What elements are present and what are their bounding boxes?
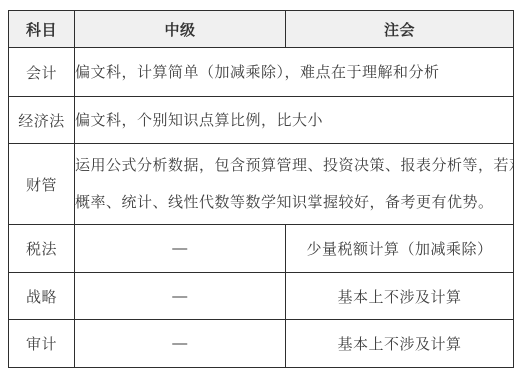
- subject-label-jingjifa: 经济法: [9, 97, 75, 144]
- subject-label-zhanlve: 战略: [9, 273, 75, 320]
- zhuhui-cell-zhanlve: 基本上不涉及计算: [286, 273, 514, 320]
- description-cell-caiguan: 运用公式分析数据，包含预算管理、投资决策、报表分析等，若对 概率、统计、线性代数…: [75, 144, 514, 225]
- table-row-zhanlve: 战略 — 基本上不涉及计算: [9, 273, 514, 320]
- header-row: 科目 中级 注会: [9, 11, 514, 48]
- subject-label-kuaiji: 会计: [9, 48, 75, 97]
- column-header-zhongji: 中级: [75, 11, 286, 48]
- description-line: 偏文科，个别知识点算比例，比大小: [75, 102, 513, 139]
- description-line: 运用公式分析数据，包含预算管理、投资决策、报表分析等，若对: [75, 147, 513, 184]
- zhuhui-cell-shuifa: 少量税额计算（加减乘除）: [286, 225, 514, 273]
- zhuhui-cell-shenji: 基本上不涉及计算: [286, 320, 514, 368]
- description-line: 概率、统计、线性代数等数学知识掌握较好，备考更有优势。: [75, 184, 513, 221]
- description-line: 偏文科，计算简单（加减乘除），难点在于理解和分析: [75, 54, 513, 91]
- column-header-subject: 科目: [9, 11, 75, 48]
- table-row-kuaiji: 会计 偏文科，计算简单（加减乘除），难点在于理解和分析: [9, 48, 514, 97]
- column-header-zhuhui: 注会: [286, 11, 514, 48]
- subject-label-shuifa: 税法: [9, 225, 75, 273]
- zhongji-cell-shuifa: —: [75, 225, 286, 273]
- subject-label-caiguan: 财管: [9, 144, 75, 225]
- exam-comparison-table: 科目 中级 注会 会计 偏文科，计算简单（加减乘除），难点在于理解和分析 经济法…: [8, 10, 514, 368]
- table-row-caiguan: 财管 运用公式分析数据，包含预算管理、投资决策、报表分析等，若对 概率、统计、线…: [9, 144, 514, 225]
- subject-label-shenji: 审计: [9, 320, 75, 368]
- table-row-shuifa: 税法 — 少量税额计算（加减乘除）: [9, 225, 514, 273]
- table-row-shenji: 审计 — 基本上不涉及计算: [9, 320, 514, 368]
- description-cell-kuaiji: 偏文科，计算简单（加减乘除），难点在于理解和分析: [75, 48, 514, 97]
- zhongji-cell-shenji: —: [75, 320, 286, 368]
- table-row-jingjifa: 经济法 偏文科，个别知识点算比例，比大小: [9, 97, 514, 144]
- zhongji-cell-zhanlve: —: [75, 273, 286, 320]
- exam-comparison-table-container: 科目 中级 注会 会计 偏文科，计算简单（加减乘除），难点在于理解和分析 经济法…: [8, 10, 514, 368]
- description-cell-jingjifa: 偏文科，个别知识点算比例，比大小: [75, 97, 514, 144]
